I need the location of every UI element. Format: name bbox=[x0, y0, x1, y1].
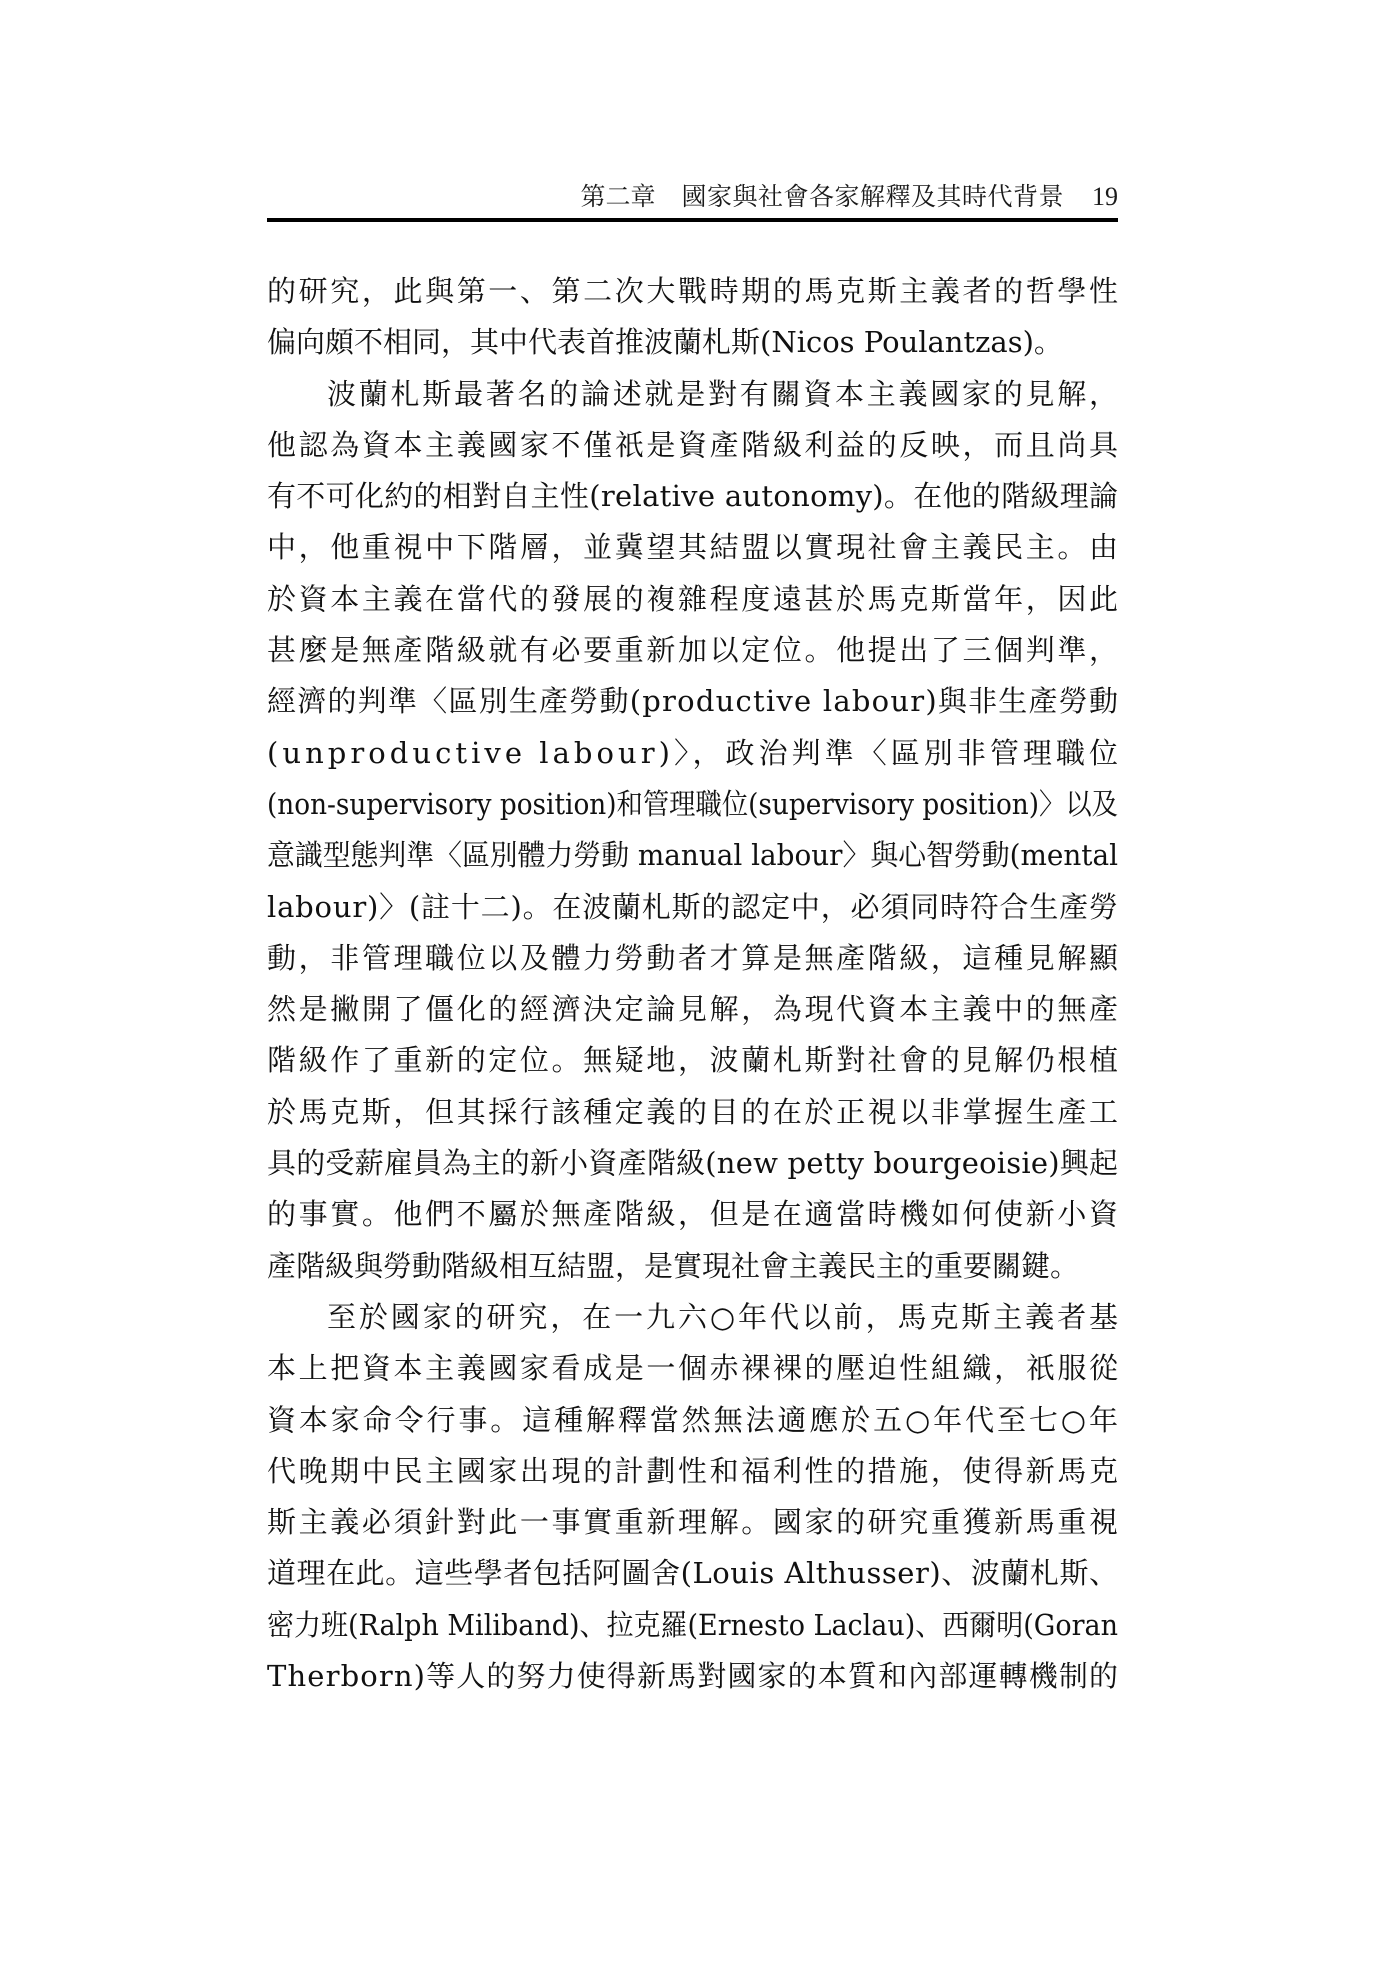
text-line: (unproductive labour)〉，政治判準〈區別非管理職位 bbox=[267, 728, 1118, 779]
book-page: 第二章 國家與社會各家解釋及其時代背景 19 的研究，此與第一、第二次大戰時期的… bbox=[0, 0, 1386, 1969]
text-line: 然是撇開了僵化的經濟決定論見解，為現代資本主義中的無產 bbox=[267, 984, 1118, 1035]
paragraph-3: 至於國家的研究，在一九六○年代以前，馬克斯主義者基 本上把資本主義國家看成是一個… bbox=[267, 1292, 1118, 1702]
text-line: 於資本主義在當代的發展的複雜程度遠甚於馬克斯當年，因此 bbox=[267, 574, 1118, 625]
text-line: 的事實。他們不屬於無產階級，但是在適當時機如何使新小資 bbox=[267, 1189, 1118, 1240]
text-line: 的研究，此與第一、第二次大戰時期的馬克斯主義者的哲學性 bbox=[267, 266, 1118, 317]
chapter-label: 第二章 bbox=[580, 182, 655, 212]
text-line: 密力班(Ralph Miliband)、拉克羅(Ernesto Laclau)、… bbox=[267, 1600, 1118, 1651]
text-line: 資本家命令行事。這種解釋當然無法適應於五○年代至七○年 bbox=[267, 1395, 1118, 1446]
text-line: (non-supervisory position)和管理職位(supervis… bbox=[267, 779, 1118, 830]
page-number: 19 bbox=[1092, 182, 1118, 212]
text-line: 經濟的判準〈區別生產勞動(productive labour)與非生產勞動 bbox=[267, 676, 1118, 727]
text-line: 動，非管理職位以及體力勞動者才算是無產階級，這種見解顯 bbox=[267, 933, 1118, 984]
text-line: 道理在此。這些學者包括阿圖舍(Louis Althusser)、波蘭札斯、 bbox=[267, 1548, 1118, 1599]
paragraph-2: 波蘭札斯最著名的論述就是對有關資本主義國家的見解， 他認為資本主義國家不僅祇是資… bbox=[267, 369, 1118, 1292]
text-line: 於馬克斯，但其採行該種定義的目的在於正視以非掌握生產工 bbox=[267, 1087, 1118, 1138]
text-line: 具的受薪雇員為主的新小資產階級(new petty bourgeoisie)興起 bbox=[267, 1138, 1118, 1189]
text-line: labour)〉(註十二)。在波蘭札斯的認定中，必須同時符合生產勞 bbox=[267, 882, 1118, 933]
text-line: 有不可化約的相對自主性(relative autonomy)。在他的階級理論 bbox=[267, 471, 1118, 522]
body-text: 的研究，此與第一、第二次大戰時期的馬克斯主義者的哲學性 偏向頗不相同，其中代表首… bbox=[267, 266, 1118, 1702]
chapter-title: 國家與社會各家解釋及其時代背景 bbox=[681, 182, 1064, 212]
text-line: 偏向頗不相同，其中代表首推波蘭札斯(Nicos Poulantzas)。 bbox=[267, 317, 1118, 368]
paragraph-1: 的研究，此與第一、第二次大戰時期的馬克斯主義者的哲學性 偏向頗不相同，其中代表首… bbox=[267, 266, 1118, 369]
text-line: 甚麼是無產階級就有必要重新加以定位。他提出了三個判準， bbox=[267, 625, 1118, 676]
text-line: 階級作了重新的定位。無疑地，波蘭札斯對社會的見解仍根植 bbox=[267, 1035, 1118, 1086]
text-line: 代晚期中民主國家出現的計劃性和福利性的措施，使得新馬克 bbox=[267, 1446, 1118, 1497]
header-rule bbox=[267, 218, 1118, 222]
text-line: 波蘭札斯最著名的論述就是對有關資本主義國家的見解， bbox=[267, 369, 1118, 420]
running-header: 第二章 國家與社會各家解釋及其時代背景 19 bbox=[267, 178, 1118, 212]
text-line: 產階級與勞動階級相互結盟，是實現社會主義民主的重要關鍵。 bbox=[267, 1241, 1118, 1292]
text-line: 意識型態判準〈區別體力勞動 manual labour〉與心智勞動(mental bbox=[267, 830, 1118, 881]
text-line: 至於國家的研究，在一九六○年代以前，馬克斯主義者基 bbox=[267, 1292, 1118, 1343]
text-line: Therborn)等人的努力使得新馬對國家的本質和內部運轉機制的 bbox=[267, 1651, 1118, 1702]
text-line: 斯主義必須針對此一事實重新理解。國家的研究重獲新馬重視 bbox=[267, 1497, 1118, 1548]
text-line: 本上把資本主義國家看成是一個赤裸裸的壓迫性組織，祇服從 bbox=[267, 1343, 1118, 1394]
text-line: 他認為資本主義國家不僅祇是資產階級利益的反映，而且尚具 bbox=[267, 420, 1118, 471]
text-line: 中，他重視中下階層，並冀望其結盟以實現社會主義民主。由 bbox=[267, 522, 1118, 573]
